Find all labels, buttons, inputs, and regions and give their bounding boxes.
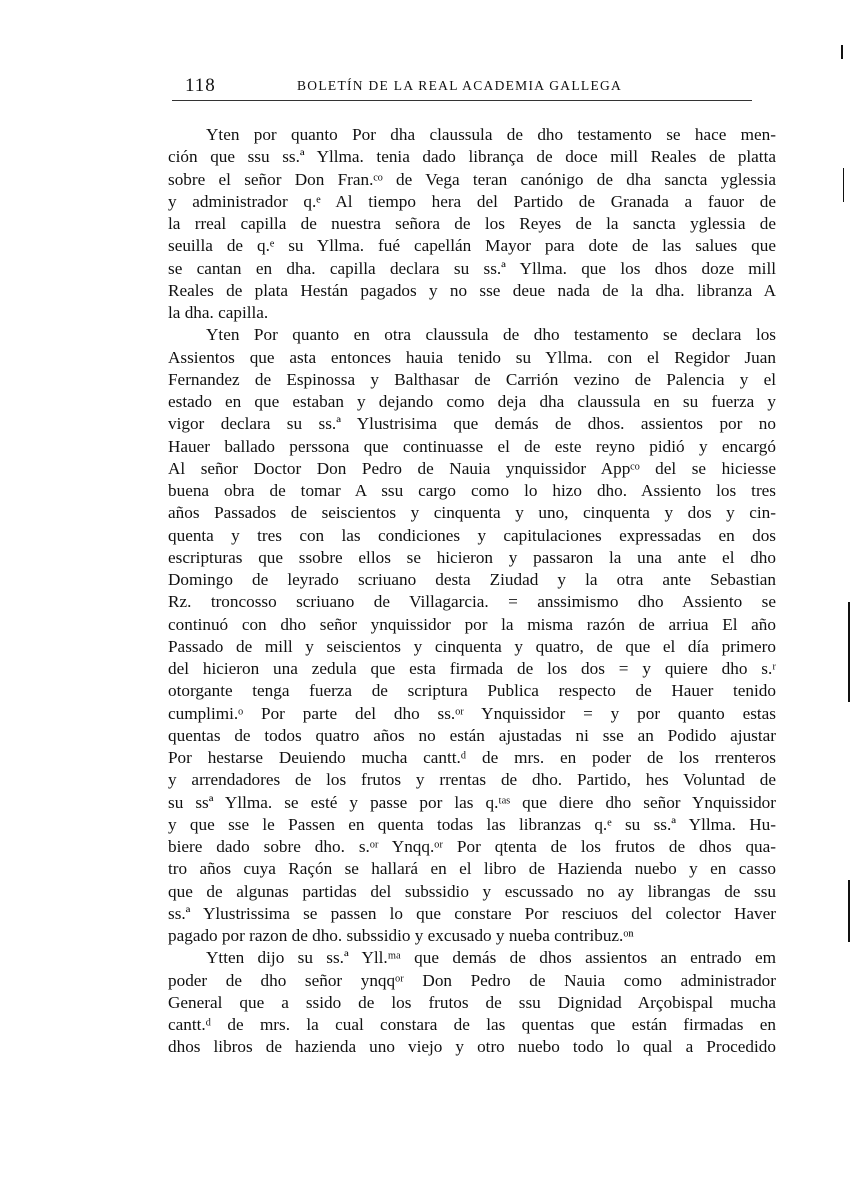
text-line: estado en que estaban y dejando como dej… bbox=[168, 391, 776, 413]
text-line: Yten por quanto Por dha claussula de dho… bbox=[168, 124, 776, 146]
text-line: seuilla de q.ᵉ su Yllma. fué capellán Ma… bbox=[168, 235, 776, 257]
text-line: quenta y tres con las condiciones y capi… bbox=[168, 525, 776, 547]
text-line: del hicieron una zedula que esta firmada… bbox=[168, 658, 776, 680]
text-line: pagado por razon de dho. subssidio y exc… bbox=[168, 925, 776, 947]
text-line: escripturas que ssobre ellos se hicieron… bbox=[168, 547, 776, 569]
text-line: sobre el señor Don Fran.ᶜᵒ de Vega teran… bbox=[168, 169, 776, 191]
text-line: y que sse le Passen en quenta todas las … bbox=[168, 814, 776, 836]
text-line: Yten Por quanto en otra claussula de dho… bbox=[168, 324, 776, 346]
text-line: Assientos que asta entonces hauia tenido… bbox=[168, 347, 776, 369]
text-line: se cantan en dha. capilla declara su ss.… bbox=[168, 258, 776, 280]
text-line: vigor declara su ss.ª Ylustrisima que de… bbox=[168, 413, 776, 435]
header-rule bbox=[172, 100, 752, 101]
text-line: Domingo de leyrado scriuano desta Ziudad… bbox=[168, 569, 776, 591]
text-line: continuó con dho señor ynquissidor por l… bbox=[168, 614, 776, 636]
running-title: BOLETÍN DE LA REAL ACADEMIA GALLEGA bbox=[297, 78, 622, 94]
text-line: que de algunas partidas del subssidio y … bbox=[168, 881, 776, 903]
text-line: Ytten dijo su ss.ª Yll.ᵐᵃ que demás de d… bbox=[168, 947, 776, 969]
text-line: ss.ª Ylustrissima se passen lo que const… bbox=[168, 903, 776, 925]
text-line: la rreal capilla de nuestra señora de lo… bbox=[168, 213, 776, 235]
text-line: General que a ssido de los frutos de ssu… bbox=[168, 992, 776, 1014]
text-line: y administrador q.ᵉ Al tiempo hera del P… bbox=[168, 191, 776, 213]
text-line: dhos libros de hazienda uno viejo y otro… bbox=[168, 1036, 776, 1058]
text-line: Por hestarse Deuiendo mucha cantt.ᵈ de m… bbox=[168, 747, 776, 769]
text-line: años Passados de seiscientos y cinquenta… bbox=[168, 502, 776, 524]
text-line: la dha. capilla. bbox=[168, 302, 776, 324]
text-line: Rz. troncosso scriuano de Villagarcia. =… bbox=[168, 591, 776, 613]
body-text: Yten por quanto Por dha claussula de dho… bbox=[168, 124, 776, 1059]
text-line: Hauer ballado perssona que continuasse e… bbox=[168, 436, 776, 458]
text-line: Reales de plata Hestán pagados y no sse … bbox=[168, 280, 776, 302]
text-line: Fernandez de Espinossa y Balthasar de Ca… bbox=[168, 369, 776, 391]
text-line: poder de dho señor ynqqᵒʳ Don Pedro de N… bbox=[168, 970, 776, 992]
text-line: buena obra de tomar A ssu cargo como lo … bbox=[168, 480, 776, 502]
text-line: ción que ssu ss.ª Yllma. tenia dado libr… bbox=[168, 146, 776, 168]
page-number: 118 bbox=[185, 75, 216, 97]
text-line: Passado de mill y seiscientos y cinquent… bbox=[168, 636, 776, 658]
text-line: quentas de todos quatro años no están aj… bbox=[168, 725, 776, 747]
text-line: Al señor Doctor Don Pedro de Nauia ynqui… bbox=[168, 458, 776, 480]
text-line: su ssª Yllma. se esté y passe por las q.… bbox=[168, 792, 776, 814]
text-line: cumplimi.ᵒ Por parte del dho ss.ᵒʳ Ynqui… bbox=[168, 703, 776, 725]
page-header: 118 BOLETÍN DE LA REAL ACADEMIA GALLEGA bbox=[185, 75, 755, 97]
margin-mark bbox=[843, 168, 844, 202]
text-line: biere dado sobre dho. s.ᵒʳ Ynqq.ᵒʳ Por q… bbox=[168, 836, 776, 858]
text-line: tro años cuya Raçón se hallará en el lib… bbox=[168, 858, 776, 880]
text-line: cantt.ᵈ de mrs. la cual constara de las … bbox=[168, 1014, 776, 1036]
text-line: y arrendadores de los frutos y rrentas d… bbox=[168, 769, 776, 791]
margin-mark bbox=[841, 45, 843, 59]
text-line: otorgante tenga fuerza de scriptura Publ… bbox=[168, 680, 776, 702]
